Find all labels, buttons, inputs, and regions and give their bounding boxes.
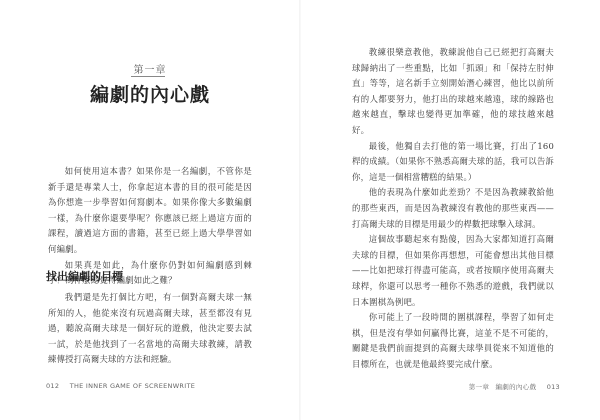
left-footer: 012 THE INNER GAME OF SCREENWRITE [46,382,195,390]
running-chapter-title: 編劇的內心戲 [496,383,537,391]
chapter-label: 第一章 [0,61,300,76]
right-page: 教練很樂意教他，教練說他自己已經把打高爾夫球歸納出了一些重點，比如「抓頭」和「保… [300,0,600,420]
paragraph: 如何使用這本書？如果你是一名編劇，不管你是新手還是專業人士，你拿起這本書的目的很… [48,164,252,258]
paragraph: 他的表現為什麼如此差勁？不是因為教練教給他的那些東西，而是因為教練沒有教他的那些… [352,185,554,232]
book-spread: 第一章 編劇的內心戲 如何使用這本書？如果你是一名編劇，不管你是新手還是專業人士… [0,0,600,420]
paragraph: 教練很樂意教他，教練說他自己已經把打高爾夫球歸納出了一些重點，比如「抓頭」和「保… [352,45,554,139]
page-number: 012 [46,382,59,390]
section-text: 我們還是先打個比方吧，有一個對高爾夫球一無所知的人，他從來沒有玩過高爾夫球，甚至… [48,290,252,368]
section-heading: 找出編劇的目標 [46,268,123,284]
paragraph: 我們還是先打個比方吧，有一個對高爾夫球一無所知的人，他從來沒有玩過高爾夫球，甚至… [48,290,252,368]
paragraph: 你可能上了一段時間的圍棋課程，學習了如何走棋，但是沒有學如何贏得比賽，這並不是不… [352,310,554,372]
running-title: THE INNER GAME OF SCREENWRITE [70,382,195,390]
chapter-divider [131,76,165,77]
left-page: 第一章 編劇的內心戲 如何使用這本書？如果你是一名編劇，不管你是新手還是專業人士… [0,0,300,420]
paragraph: 最後，他獨自去打他的第一場比賽，打出了160桿的成績。（如果你不熟悉高爾夫球的話… [352,139,554,186]
chapter-title: 編劇的內心戲 [0,80,300,107]
page-number: 013 [547,383,560,391]
running-chapter-label: 第一章 [469,383,489,391]
right-footer: 第一章 編劇的內心戲 013 [469,382,560,391]
main-text: 教練很樂意教他，教練說他自己已經把打高爾夫球歸納出了一些重點，比如「抓頭」和「保… [352,45,554,372]
paragraph: 這個故事聽起來有點傻，因為大家都知道打高爾夫球的目標，但如果你再想想，可能會想出… [352,232,554,310]
